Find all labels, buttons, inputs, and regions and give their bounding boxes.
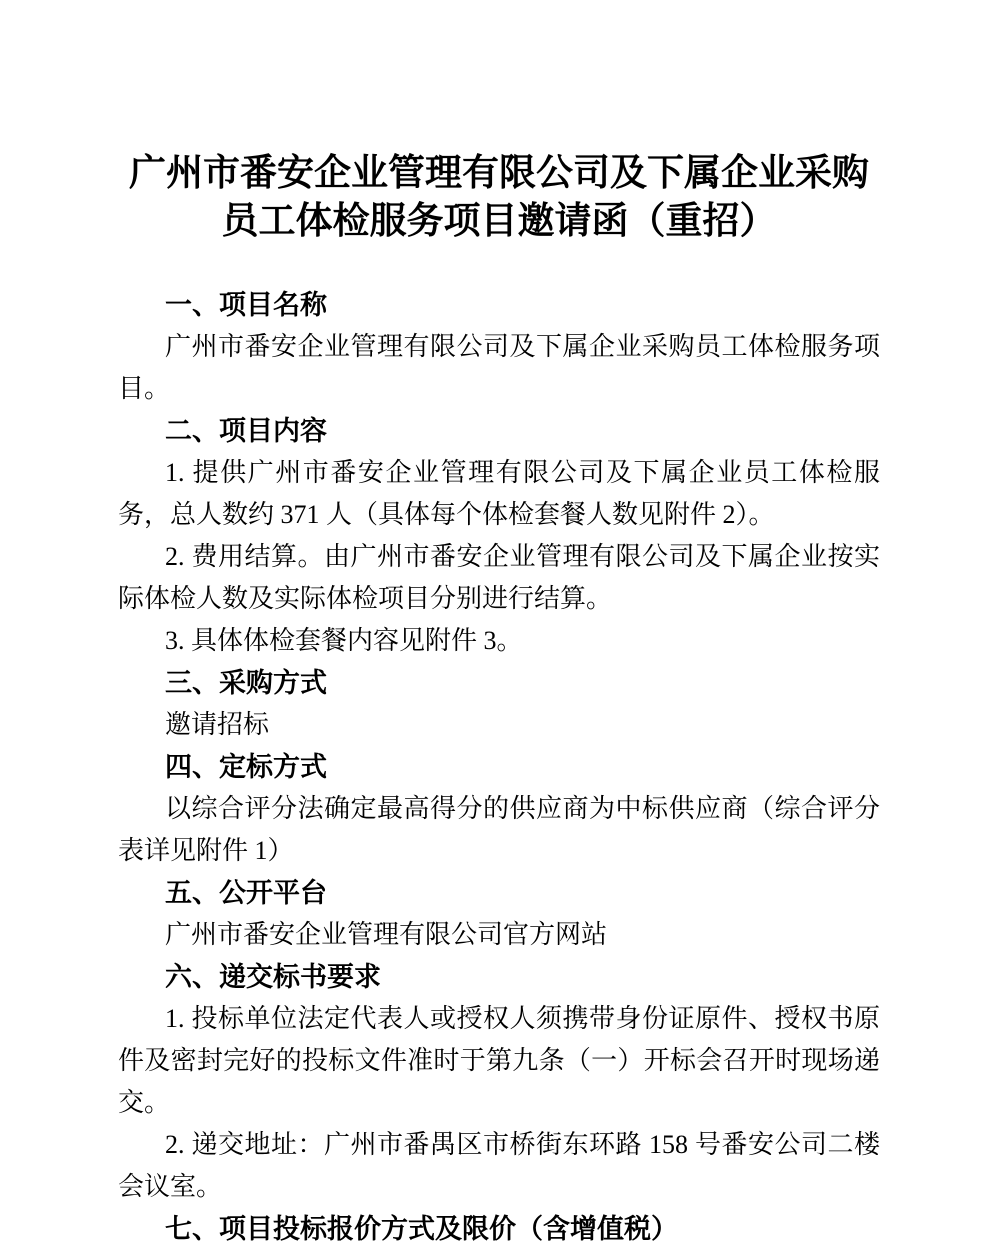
section-award-method: 四、定标方式 以综合评分法确定最高得分的供应商为中标供应商（综合评分表详见附件 … [118, 746, 880, 872]
section-project-name: 一、项目名称 广州市番安企业管理有限公司及下属企业采购员工体检服务项目。 [118, 284, 880, 410]
section-heading: 五、公开平台 [118, 872, 880, 914]
paragraph: 广州市番安企业管理有限公司官方网站 [118, 914, 880, 956]
paragraph: 2. 递交地址：广州市番禺区市桥街东环路 158 号番安公司二楼会议室。 [118, 1124, 880, 1208]
paragraph: 以综合评分法确定最高得分的供应商为中标供应商（综合评分表详见附件 1） [118, 788, 880, 872]
section-public-platform: 五、公开平台 广州市番安企业管理有限公司官方网站 [118, 872, 880, 956]
section-heading: 二、项目内容 [118, 410, 880, 452]
section-bid-submission: 六、递交标书要求 1. 投标单位法定代表人或授权人须携带身份证原件、授权书原件及… [118, 956, 880, 1208]
section-heading: 一、项目名称 [118, 284, 880, 326]
paragraph: 1. 投标单位法定代表人或授权人须携带身份证原件、授权书原件及密封完好的投标文件… [118, 998, 880, 1124]
section-heading: 三、采购方式 [118, 662, 880, 704]
paragraph: 2. 费用结算。由广州市番安企业管理有限公司及下属企业按实际体检人数及实际体检项… [118, 536, 880, 620]
document-title: 广州市番安企业管理有限公司及下属企业采购 员工体检服务项目邀请函（重招） [118, 150, 880, 246]
document-body: 一、项目名称 广州市番安企业管理有限公司及下属企业采购员工体检服务项目。 二、项… [118, 284, 880, 1246]
paragraph: 1. 提供广州市番安企业管理有限公司及下属企业员工体检服务，总人数约 371 人… [118, 452, 880, 536]
section-heading: 四、定标方式 [118, 746, 880, 788]
section-bid-price: 七、项目投标报价方式及限价（含增值税） [118, 1208, 880, 1246]
paragraph: 邀请招标 [118, 704, 880, 746]
document-title-line-2: 员工体检服务项目邀请函（重招） [222, 201, 777, 242]
paragraph: 广州市番安企业管理有限公司及下属企业采购员工体检服务项目。 [118, 326, 880, 410]
section-procurement-method: 三、采购方式 邀请招标 [118, 662, 880, 746]
document-page: 广州市番安企业管理有限公司及下属企业采购 员工体检服务项目邀请函（重招） 一、项… [0, 0, 995, 1246]
section-project-content: 二、项目内容 1. 提供广州市番安企业管理有限公司及下属企业员工体检服务，总人数… [118, 410, 880, 662]
document-title-line-1: 广州市番安企业管理有限公司及下属企业采购 [129, 153, 869, 194]
section-heading: 六、递交标书要求 [118, 956, 880, 998]
paragraph: 3. 具体体检套餐内容见附件 3。 [118, 620, 880, 662]
section-heading: 七、项目投标报价方式及限价（含增值税） [118, 1208, 880, 1246]
